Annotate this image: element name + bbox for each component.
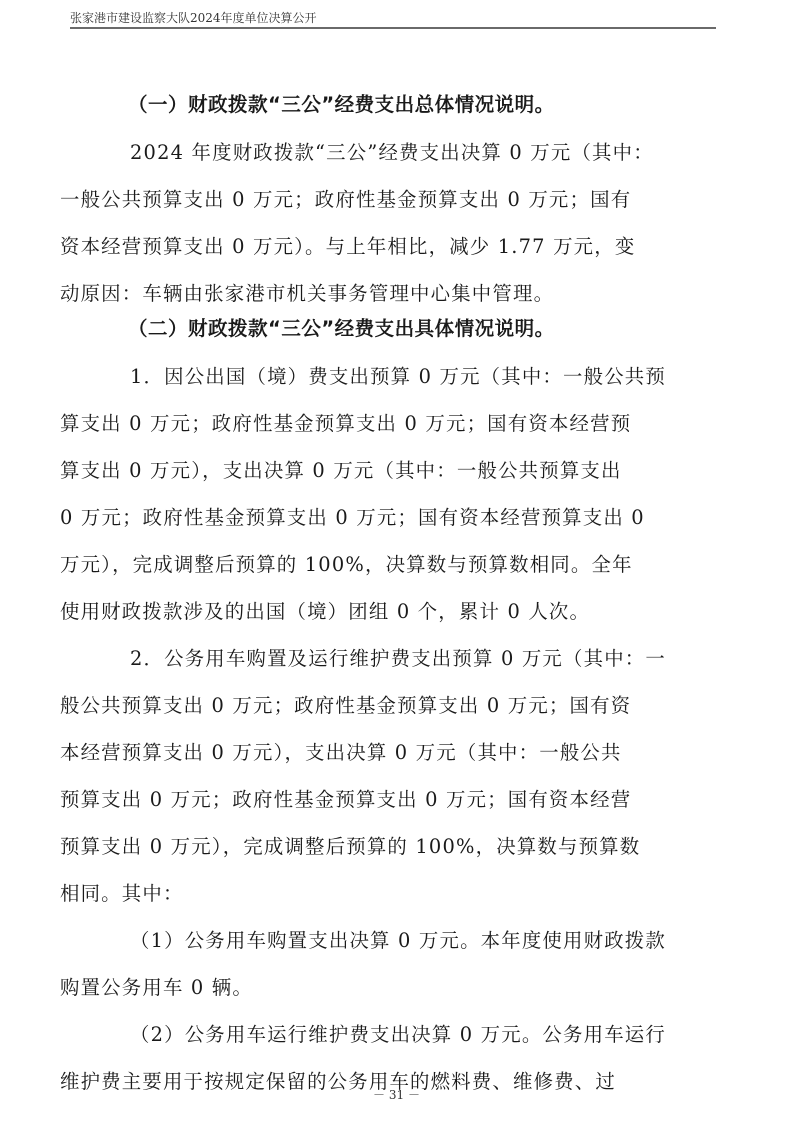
paragraph-line: 般公共预算支出 0 万元；政府性基金预算支出 0 万元；国有资	[60, 694, 732, 718]
paragraph-line: 算支出 0 万元），支出决算 0 万元（其中：一般公共预算支出	[60, 459, 732, 483]
paragraph-line: 算支出 0 万元；政府性基金预算支出 0 万元；国有资本经营预	[60, 412, 732, 436]
paragraph-line: 购置公务用车 0 辆。	[60, 976, 732, 1000]
page-number: － 31 －	[0, 1086, 793, 1103]
section-2-heading: （二）财政拨款“三公”经费支出具体情况说明。	[128, 317, 793, 341]
paragraph-line: （1）公务用车购置支出决算 0 万元。本年度使用财政拨款	[130, 929, 730, 953]
paragraph-line: 动原因：车辆由张家港市机关事务管理中心集中管理。	[60, 282, 732, 306]
paragraph-line: 1．因公出国（境）费支出预算 0 万元（其中：一般公共预	[130, 365, 730, 389]
paragraph-line: 预算支出 0 万元；政府性基金预算支出 0 万元；国有资本经营	[60, 788, 732, 812]
paragraph-line: 2024 年度财政拨款“三公”经费支出决算 0 万元（其中：	[130, 141, 730, 165]
paragraph-line: 资本经营预算支出 0 万元）。与上年相比，减少 1.77 万元，变	[60, 235, 732, 259]
paragraph-line: 万元），完成调整后预算的 100%，决算数与预算数相同。全年	[60, 553, 732, 577]
section-1-heading: （一）财政拨款“三公”经费支出总体情况说明。	[128, 93, 793, 117]
paragraph-line: 预算支出 0 万元），完成调整后预算的 100%，决算数与预算数	[60, 835, 732, 859]
document-header-title: 张家港市建设监察大队2024年度单位决算公开	[70, 11, 317, 25]
paragraph-line: （2）公务用车运行维护费支出决算 0 万元。公务用车运行	[130, 1023, 730, 1047]
paragraph-line: 2．公务用车购置及运行维护费支出预算 0 万元（其中：一	[130, 647, 730, 671]
document-header: 张家港市建设监察大队2024年度单位决算公开	[70, 10, 716, 29]
paragraph-line: 使用财政拨款涉及的出国（境）团组 0 个，累计 0 人次。	[60, 600, 732, 624]
paragraph-line: 相同。其中：	[60, 882, 732, 906]
paragraph-line: 本经营预算支出 0 万元），支出决算 0 万元（其中：一般公共	[60, 741, 732, 765]
paragraph-line: 0 万元；政府性基金预算支出 0 万元；国有资本经营预算支出 0	[60, 506, 732, 530]
paragraph-line: 一般公共预算支出 0 万元；政府性基金预算支出 0 万元；国有	[60, 188, 732, 212]
